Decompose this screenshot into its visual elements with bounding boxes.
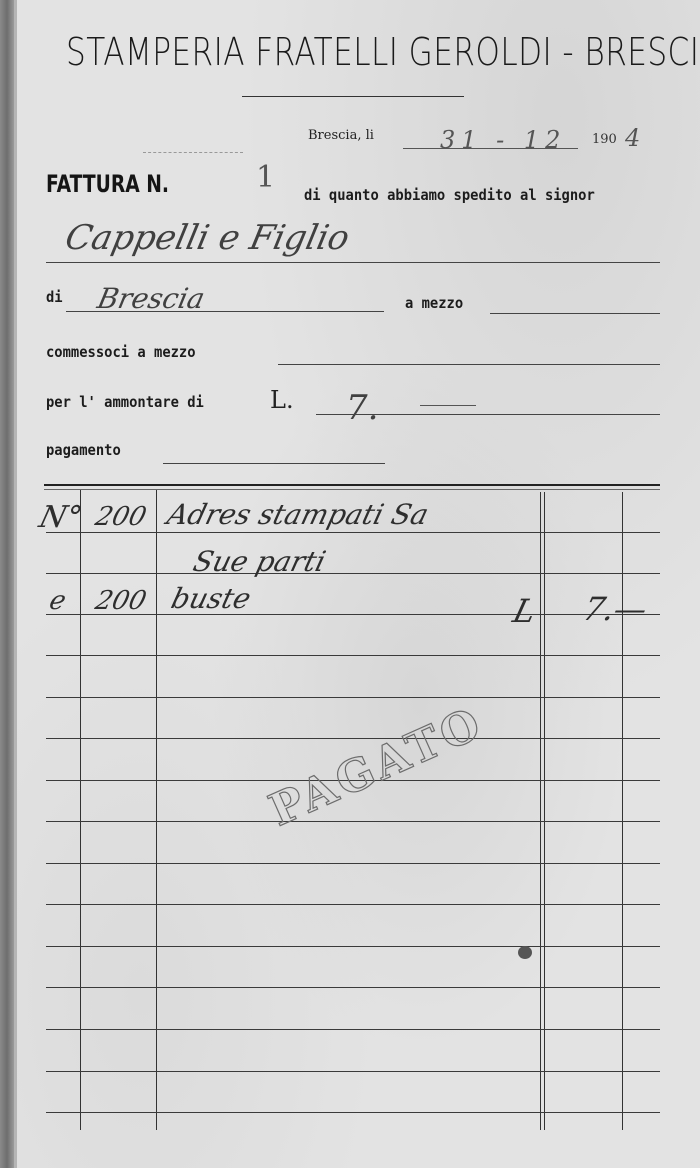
column-line-desc xyxy=(540,492,541,1130)
ruled-line xyxy=(46,946,660,947)
via-line xyxy=(490,313,660,314)
invoice-number: 1 xyxy=(256,160,275,195)
ruled-line xyxy=(46,904,660,905)
ruled-line xyxy=(46,1112,660,1113)
commissioned-label: commessoci a mezzo xyxy=(46,343,196,361)
ruled-line xyxy=(46,987,660,988)
column-line-qty xyxy=(156,490,157,1130)
column-line-amount xyxy=(622,492,623,1130)
binding-edge xyxy=(14,0,17,1168)
ruled-line xyxy=(46,1029,660,1030)
year-handwritten: 4 xyxy=(625,124,640,152)
year-prefix: 190 xyxy=(592,132,617,147)
line-item-description: buste xyxy=(168,582,254,615)
amount-dash xyxy=(420,405,476,406)
ink-spot xyxy=(518,946,532,959)
ruled-line xyxy=(46,532,660,533)
amount-label: per l' ammontare di xyxy=(46,393,204,411)
ruled-line xyxy=(46,738,660,739)
amount-handwritten: 7. xyxy=(346,388,378,428)
via-label: a mezzo xyxy=(405,294,463,312)
column-line-desc-double xyxy=(544,492,545,1130)
invoice-label: FATTURA N. xyxy=(46,170,169,198)
dashed-rule xyxy=(143,152,243,153)
line-item-qty: 200 xyxy=(92,502,149,532)
recipient-handwritten: Cappelli e Figlio xyxy=(62,218,353,258)
payment-line xyxy=(163,463,385,464)
place-label: Brescia, li xyxy=(308,128,374,143)
of-label: di xyxy=(46,288,63,306)
table-top-rule xyxy=(44,484,660,486)
line-item-amount: 7.— xyxy=(579,590,651,628)
amount-line xyxy=(316,414,660,415)
ruled-line xyxy=(46,863,660,864)
ruled-line xyxy=(46,1071,660,1072)
city-line xyxy=(66,311,384,312)
place-label-text: Brescia, li xyxy=(308,128,374,143)
line-item-qty: 200 xyxy=(92,586,149,616)
column-line-marker xyxy=(80,490,81,1130)
recipient-line xyxy=(46,262,660,263)
line-item-marker: N° xyxy=(36,500,86,535)
letterhead-rule xyxy=(242,96,464,97)
line-item-description: Adres stampati Sa xyxy=(164,498,432,531)
ruled-line xyxy=(46,655,660,656)
date-handwritten: 31 - 12 xyxy=(440,126,566,154)
currency-symbol: L. xyxy=(270,386,294,414)
binding-strip xyxy=(0,0,14,1168)
ruled-line xyxy=(46,821,660,822)
ruled-line xyxy=(46,697,660,698)
line-item-description: Sue parti xyxy=(190,545,329,578)
payment-label: pagamento xyxy=(46,441,121,459)
commissioned-line xyxy=(278,364,660,365)
table-top-rule-thin xyxy=(44,489,660,490)
shipped-to-label: di quanto abbiamo spedito al signor xyxy=(304,186,595,204)
letterhead: STAMPERIA FRATELLI GEROLDI - BRESCIA xyxy=(66,30,550,74)
ruled-line xyxy=(46,573,660,574)
